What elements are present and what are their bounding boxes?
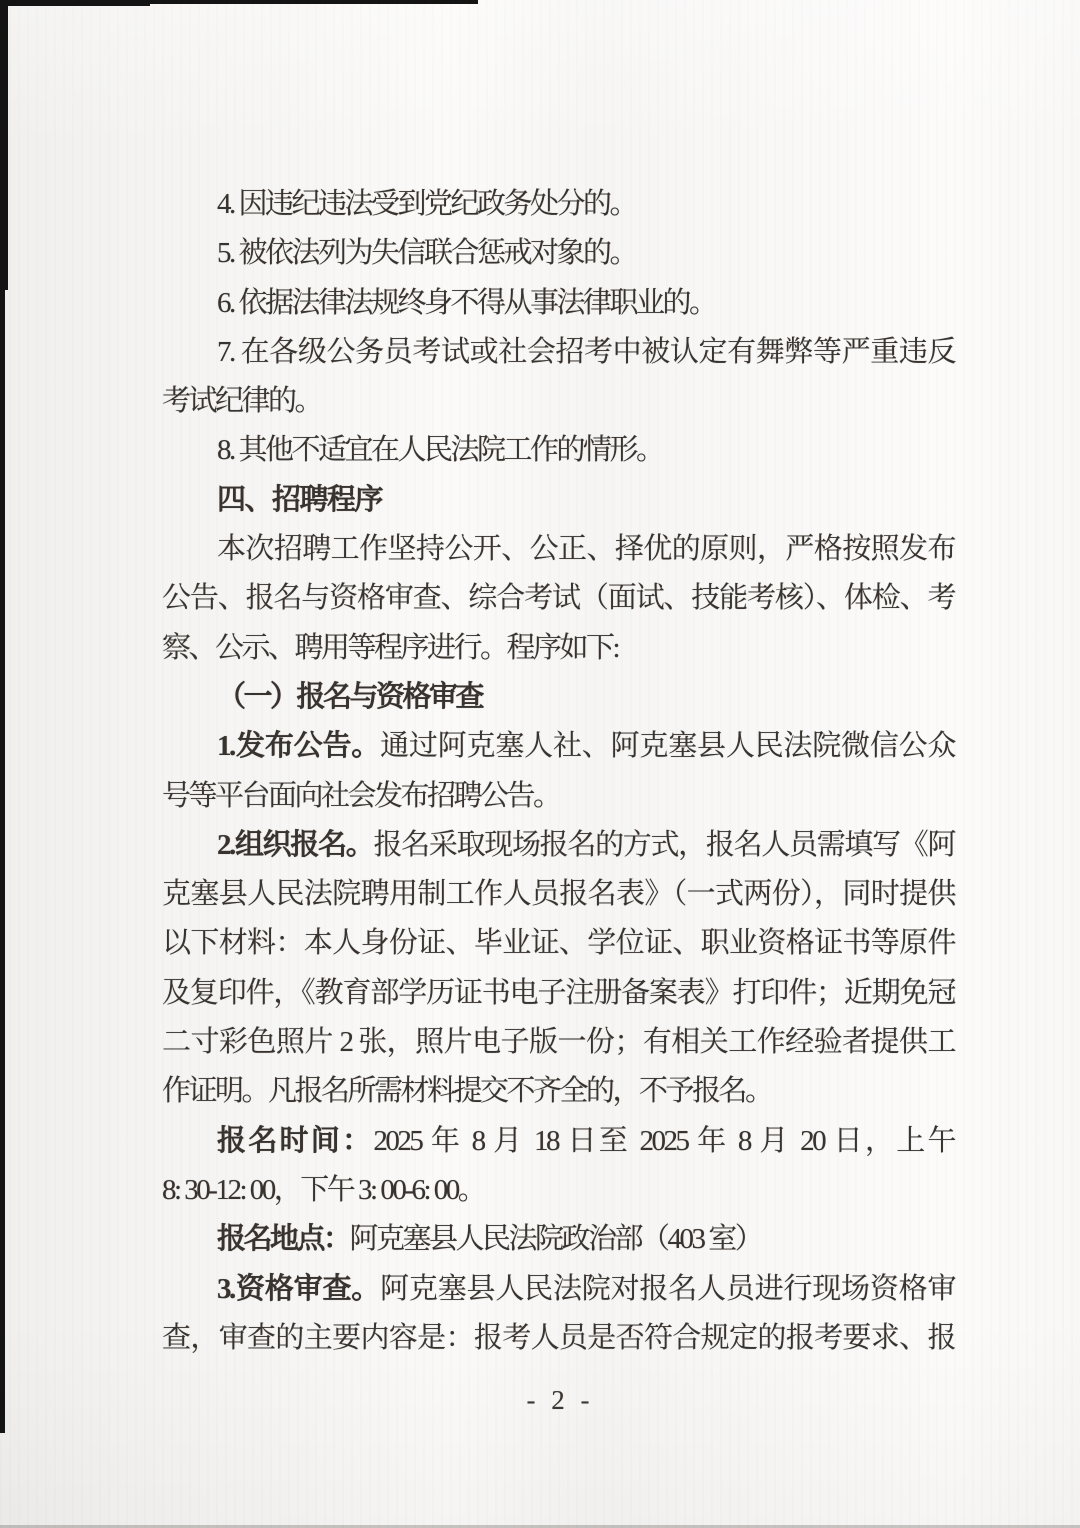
text-line: 公告、报名与资格审查、综合考试（面试、技能考核）、体检、考 xyxy=(162,574,954,623)
text-line: 查，审查的主要内容是：报考人员是否符合规定的报考要求、报 xyxy=(162,1314,954,1363)
text-segment: 本次招聘工作坚持公开、公正、择优的原则，严格按照发布 xyxy=(217,533,954,565)
text-line: 四、招聘程序 xyxy=(162,476,954,525)
scan-edge-top xyxy=(0,0,478,4)
text-segment: 查，审查的主要内容是：报考人员是否符合规定的报考要求、报 xyxy=(162,1322,954,1354)
text-segment: 及复印件，《教育部学历证书电子注册备案表》打印件；近期免冠 xyxy=(162,977,954,1009)
text-segment: 8. 其他不适宜在人民法院工作的情形。 xyxy=(217,434,663,466)
text-segment: 克塞县人民法院聘用制工作人员报名表》（一式两份），同时提供 xyxy=(162,878,954,910)
text-line: 考试纪律的。 xyxy=(162,377,954,426)
text-line: 5. 被依法列为失信联合惩戒对象的。 xyxy=(162,229,954,278)
text-segment: 公告、报名与资格审查、综合考试（面试、技能考核）、体检、考 xyxy=(162,582,954,614)
text-segment: 阿克塞县人民法院政治部（403 室） xyxy=(350,1223,762,1255)
text-segment: 2.组织报名。 xyxy=(217,829,373,861)
text-line: 4. 因违纪违法受到党纪政务处分的。 xyxy=(162,180,954,229)
text-line: 克塞县人民法院聘用制工作人员报名表》（一式两份），同时提供 xyxy=(162,870,954,919)
text-segment: 5. 被依法列为失信联合惩戒对象的。 xyxy=(217,237,636,269)
text-block: 4. 因违纪违法受到党纪政务处分的。5. 被依法列为失信联合惩戒对象的。6. 依… xyxy=(162,180,954,1363)
text-segment: 8: 30-12: 00，下午 3: 00-6: 00。 xyxy=(162,1174,484,1206)
text-line: 二寸彩色照片 2 张，照片电子版一份；有相关工作经验者提供工 xyxy=(162,1018,954,1067)
text-segment: 以下材料：本人身份证、毕业证、学位证、职业资格证书等原件 xyxy=(162,927,954,959)
text-segment: 考试纪律的。 xyxy=(162,385,321,417)
text-segment: 四、招聘程序 xyxy=(217,484,382,516)
text-line: 7. 在各级公务员考试或社会招考中被认定有舞弊等严重违反 xyxy=(162,328,954,377)
text-line: 1.发布公告。通过阿克塞人社、阿克塞县人民法院微信公众 xyxy=(162,722,954,771)
text-segment: 察、公示、聘用等程序进行。程序如下: xyxy=(162,632,618,664)
text-segment: 7. 在各级公务员考试或社会招考中被认定有舞弊等严重违反 xyxy=(217,336,954,368)
text-segment: 作证明。凡报名所需材料提交不齐全的，不予报名。 xyxy=(162,1075,772,1107)
text-segment: 报名采取现场报名的方式，报名人员需填写《阿 xyxy=(373,829,954,861)
text-segment: 报名时间： xyxy=(217,1125,373,1157)
text-line: 察、公示、聘用等程序进行。程序如下: xyxy=(162,624,954,673)
text-line: 以下材料：本人身份证、毕业证、学位证、职业资格证书等原件 xyxy=(162,919,954,968)
text-segment: 3.资格审查。 xyxy=(217,1273,380,1305)
text-segment: 二寸彩色照片 2 张，照片电子版一份；有相关工作经验者提供工 xyxy=(162,1026,954,1058)
text-line: 报名时间：2025 年 8 月 18 日至 2025 年 8 月 20 日，上午 xyxy=(162,1117,954,1166)
text-segment: 1.发布公告。 xyxy=(217,730,380,762)
text-line: 8. 其他不适宜在人民法院工作的情形。 xyxy=(162,426,954,475)
text-line: 2.组织报名。报名采取现场报名的方式，报名人员需填写《阿 xyxy=(162,821,954,870)
text-line: 6. 依据法律法规终身不得从事法律职业的。 xyxy=(162,279,954,328)
text-segment: 阿克塞县人民法院对报名人员进行现场资格审 xyxy=(380,1273,954,1305)
text-segment: 号等平台面向社会发布招聘公告。 xyxy=(162,780,560,812)
text-segment: 通过阿克塞人社、阿克塞县人民法院微信公众 xyxy=(380,730,954,762)
text-segment: 报名地点： xyxy=(217,1223,350,1255)
text-segment: （一）报名与资格审查 xyxy=(217,681,482,713)
text-line: 及复印件，《教育部学历证书电子注册备案表》打印件；近期免冠 xyxy=(162,969,954,1018)
document-page: 4. 因违纪违法受到党纪政务处分的。5. 被依法列为失信联合惩戒对象的。6. 依… xyxy=(0,0,1080,1528)
text-segment: 4. 因违纪违法受到党纪政务处分的。 xyxy=(217,188,636,220)
text-segment: 2025 年 8 月 18 日至 2025 年 8 月 20 日，上午 xyxy=(373,1125,954,1157)
text-line: 作证明。凡报名所需材料提交不齐全的，不予报名。 xyxy=(162,1067,954,1116)
text-line: 3.资格审查。阿克塞县人民法院对报名人员进行现场资格审 xyxy=(162,1265,954,1314)
scan-edge-left xyxy=(0,0,5,1433)
text-line: 本次招聘工作坚持公开、公正、择优的原则，严格按照发布 xyxy=(162,525,954,574)
page-number: - 2 - xyxy=(162,1385,954,1416)
text-segment: 6. 依据法律法规终身不得从事法律职业的。 xyxy=(217,287,716,319)
text-line: 报名地点：阿克塞县人民法院政治部（403 室） xyxy=(162,1215,954,1264)
text-line: 号等平台面向社会发布招聘公告。 xyxy=(162,772,954,821)
text-line: （一）报名与资格审查 xyxy=(162,673,954,722)
text-line: 8: 30-12: 00，下午 3: 00-6: 00。 xyxy=(162,1166,954,1215)
